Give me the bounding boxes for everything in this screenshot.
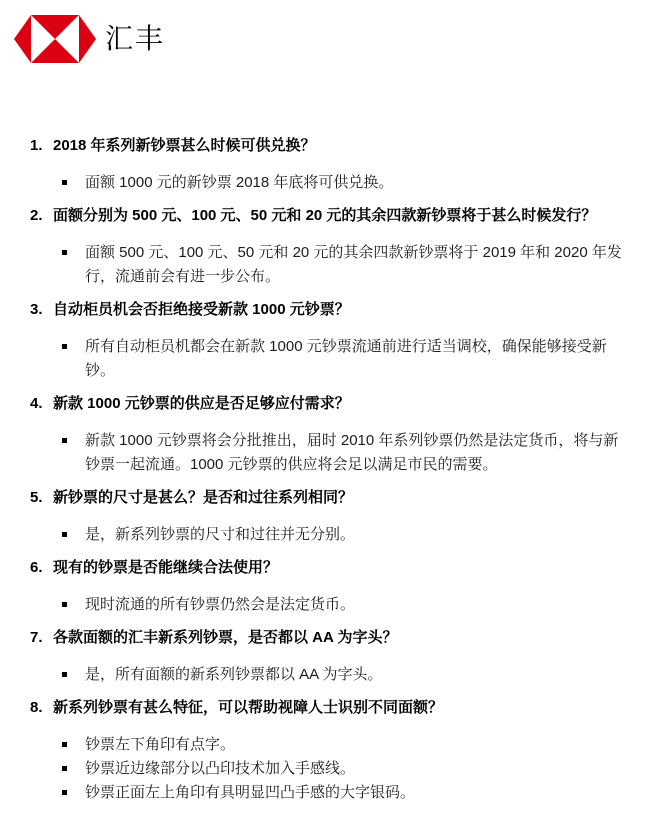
bullet-square-icon — [62, 180, 67, 185]
bullet-square-icon — [62, 438, 67, 443]
answer-item: 钞票左下角印有点字。 — [62, 733, 632, 757]
faq-question: 1. 2018 年系列新钞票甚么时候可供兑换？ — [30, 136, 632, 156]
answer-text: 钞票正面左上角印有具明显凹凸手感的大字银码。 — [85, 781, 415, 805]
answer-item: 是，所有面额的新系列钞票都以 AA 为字头。 — [62, 663, 632, 687]
question-text: 新钞票的尺寸是甚么？是否和过往系列相同？ — [53, 488, 632, 508]
hsbc-hexagon-logo-icon — [14, 15, 96, 63]
answer-text: 新款 1000 元钞票将会分批推出，届时 2010 年系列钞票仍然是法定货币，将… — [85, 429, 622, 477]
answer-text: 钞票左下角印有点字。 — [85, 733, 235, 757]
question-text: 新款 1000 元钞票的供应是否足够应付需求？ — [53, 394, 632, 414]
bullet-square-icon — [62, 672, 67, 677]
answer-text: 面额 1000 元的新钞票 2018 年底将可供兑换。 — [85, 171, 393, 195]
bullet-square-icon — [62, 742, 67, 747]
question-number: 2. — [30, 206, 53, 226]
question-text: 面额分别为 500 元、100 元、50 元和 20 元的其余四款新钞票将于甚么… — [53, 206, 632, 226]
faq-answers: 面额 1000 元的新钞票 2018 年底将可供兑换。 — [62, 171, 632, 195]
faq-item: 1. 2018 年系列新钞票甚么时候可供兑换？ 面额 1000 元的新钞票 20… — [30, 136, 632, 195]
faq-question: 7. 各款面额的汇丰新系列钞票，是否都以 AA 为字头？ — [30, 628, 632, 648]
question-text: 2018 年系列新钞票甚么时候可供兑换？ — [53, 136, 632, 156]
faq-item: 7. 各款面额的汇丰新系列钞票，是否都以 AA 为字头？ 是，所有面额的新系列钞… — [30, 628, 632, 687]
answer-text: 是，新系列钞票的尺寸和过往并无分别。 — [85, 523, 355, 547]
question-text: 自动柜员机会否拒绝接受新款 1000 元钞票？ — [53, 300, 632, 320]
answer-text: 是，所有面额的新系列钞票都以 AA 为字头。 — [85, 663, 383, 687]
bullet-square-icon — [62, 602, 67, 607]
faq-list: 1. 2018 年系列新钞票甚么时候可供兑换？ 面额 1000 元的新钞票 20… — [30, 136, 632, 805]
answer-text: 面额 500 元、100 元、50 元和 20 元的其余四款新钞票将于 2019… — [85, 241, 622, 289]
faq-answers: 现时流通的所有钞票仍然会是法定货币。 — [62, 593, 632, 617]
question-number: 4. — [30, 394, 53, 414]
faq-question: 2. 面额分别为 500 元、100 元、50 元和 20 元的其余四款新钞票将… — [30, 206, 632, 226]
question-number: 1. — [30, 136, 53, 156]
question-text: 现有的钞票是否能继续合法使用？ — [53, 558, 632, 578]
faq-question: 8. 新系列钞票有甚么特征，可以帮助视障人士识别不同面额？ — [30, 698, 632, 718]
faq-question: 4. 新款 1000 元钞票的供应是否足够应付需求？ — [30, 394, 632, 414]
question-number: 7. — [30, 628, 53, 648]
faq-item: 5. 新钞票的尺寸是甚么？是否和过往系列相同？ 是，新系列钞票的尺寸和过往并无分… — [30, 488, 632, 547]
question-number: 3. — [30, 300, 53, 320]
answer-item: 钞票正面左上角印有具明显凹凸手感的大字银码。 — [62, 781, 632, 805]
question-number: 8. — [30, 698, 53, 718]
answer-item: 钞票近边缘部分以凸印技术加入手感线。 — [62, 757, 632, 781]
answer-text: 钞票近边缘部分以凸印技术加入手感线。 — [85, 757, 355, 781]
brand-header: 汇丰 — [14, 15, 654, 63]
faq-item: 3. 自动柜员机会否拒绝接受新款 1000 元钞票？ 所有自动柜员机都会在新款 … — [30, 300, 632, 383]
question-number: 6. — [30, 558, 53, 578]
answer-item: 面额 1000 元的新钞票 2018 年底将可供兑换。 — [62, 171, 632, 195]
faq-question: 3. 自动柜员机会否拒绝接受新款 1000 元钞票？ — [30, 300, 632, 320]
answer-item: 所有自动柜员机都会在新款 1000 元钞票流通前进行适当调校，确保能够接受新钞。 — [62, 335, 632, 383]
faq-answers: 是，所有面额的新系列钞票都以 AA 为字头。 — [62, 663, 632, 687]
faq-question: 6. 现有的钞票是否能继续合法使用？ — [30, 558, 632, 578]
question-text: 各款面额的汇丰新系列钞票，是否都以 AA 为字头？ — [53, 628, 632, 648]
question-number: 5. — [30, 488, 53, 508]
faq-answers: 是，新系列钞票的尺寸和过往并无分别。 — [62, 523, 632, 547]
answer-text: 所有自动柜员机都会在新款 1000 元钞票流通前进行适当调校，确保能够接受新钞。 — [85, 335, 622, 383]
bullet-square-icon — [62, 790, 67, 795]
answer-text: 现时流通的所有钞票仍然会是法定货币。 — [85, 593, 355, 617]
faq-answers: 新款 1000 元钞票将会分批推出，届时 2010 年系列钞票仍然是法定货币，将… — [62, 429, 632, 477]
brand-name: 汇丰 — [105, 15, 165, 63]
answer-item: 面额 500 元、100 元、50 元和 20 元的其余四款新钞票将于 2019… — [62, 241, 632, 289]
bullet-square-icon — [62, 250, 67, 255]
faq-answers: 钞票左下角印有点字。 钞票近边缘部分以凸印技术加入手感线。 钞票正面左上角印有具… — [62, 733, 632, 805]
faq-answers: 所有自动柜员机都会在新款 1000 元钞票流通前进行适当调校，确保能够接受新钞。 — [62, 335, 632, 383]
answer-item: 新款 1000 元钞票将会分批推出，届时 2010 年系列钞票仍然是法定货币，将… — [62, 429, 632, 477]
faq-item: 2. 面额分别为 500 元、100 元、50 元和 20 元的其余四款新钞票将… — [30, 206, 632, 289]
answer-item: 是，新系列钞票的尺寸和过往并无分别。 — [62, 523, 632, 547]
bullet-square-icon — [62, 766, 67, 771]
question-text: 新系列钞票有甚么特征，可以帮助视障人士识别不同面额？ — [53, 698, 632, 718]
bullet-square-icon — [62, 344, 67, 349]
bullet-square-icon — [62, 532, 67, 537]
faq-item: 8. 新系列钞票有甚么特征，可以帮助视障人士识别不同面额？ 钞票左下角印有点字。… — [30, 698, 632, 805]
document-page: 汇丰 1. 2018 年系列新钞票甚么时候可供兑换？ 面额 1000 元的新钞票… — [0, 15, 654, 805]
faq-item: 4. 新款 1000 元钞票的供应是否足够应付需求？ 新款 1000 元钞票将会… — [30, 394, 632, 477]
faq-answers: 面额 500 元、100 元、50 元和 20 元的其余四款新钞票将于 2019… — [62, 241, 632, 289]
answer-item: 现时流通的所有钞票仍然会是法定货币。 — [62, 593, 632, 617]
faq-item: 6. 现有的钞票是否能继续合法使用？ 现时流通的所有钞票仍然会是法定货币。 — [30, 558, 632, 617]
faq-question: 5. 新钞票的尺寸是甚么？是否和过往系列相同？ — [30, 488, 632, 508]
